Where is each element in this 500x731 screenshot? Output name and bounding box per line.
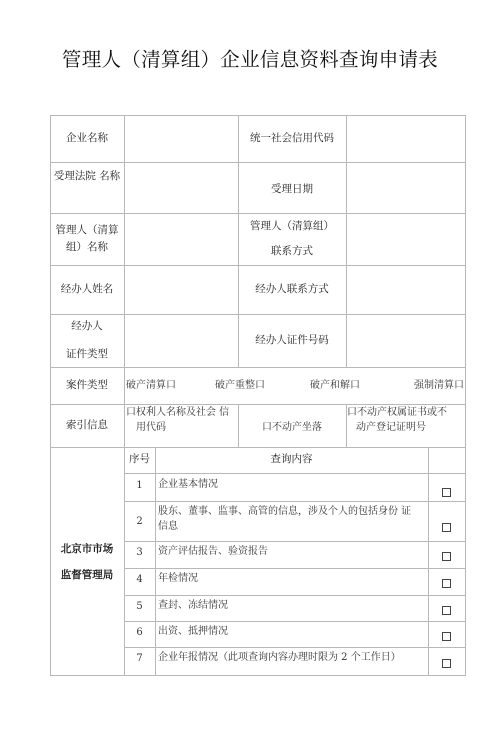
checkbox-icon[interactable] (442, 523, 451, 532)
query-item-seq: 1 (124, 473, 155, 501)
table-border-right (465, 115, 466, 676)
query-item-content: 企业基本情况 (155, 473, 428, 501)
query-item-seq: 7 (124, 647, 155, 675)
accept-date-field[interactable] (346, 162, 465, 213)
administrator-contact-field[interactable] (346, 213, 465, 265)
query-item-content: 股东、董事、监事、高管的信息，涉及个人的包括身份 证 信息 (155, 501, 428, 541)
enterprise-name-label: 企业名称 (50, 115, 124, 162)
administrator-contact-label: 管理人（清算组） 联系方式 (238, 213, 346, 265)
query-header-content: 查询内容 (155, 447, 428, 473)
agent-id-type-field[interactable] (124, 314, 238, 367)
content-text: 企业基本情况 (158, 478, 218, 491)
query-item-seq: 6 (124, 621, 155, 647)
label-text: 组）名称 (66, 239, 108, 256)
checkbox-icon[interactable] (442, 659, 451, 668)
query-item-content: 出资、抵押情况 (155, 621, 428, 647)
index-option-property-location[interactable]: 口不动产坐落 (238, 404, 346, 447)
index-info-label: 索引信息 (50, 404, 124, 447)
label-text: 经办人 (71, 313, 103, 340)
agent-name-field[interactable] (124, 265, 238, 314)
accept-date-label: 受理日期 (238, 162, 346, 213)
enterprise-name-field[interactable] (124, 115, 238, 162)
option-label: 破产和解口 (310, 379, 360, 392)
agent-id-number-field[interactable] (346, 314, 465, 367)
agent-id-type-label: 经办人 证件类型 (50, 314, 124, 367)
checkbox-icon[interactable] (442, 606, 451, 615)
content-text: 企业年报情况（此项查询内容办理时限为 2 个工作日） (158, 651, 401, 664)
option-label: 动产登记证明号 (347, 421, 426, 436)
option-label: 破产清算口 (126, 379, 176, 392)
query-item-seq: 3 (124, 541, 155, 568)
administrator-name-field[interactable] (124, 213, 238, 265)
table-border-bottom (50, 675, 465, 676)
query-item-content: 年检情况 (155, 568, 428, 595)
seq-text: 4 (136, 573, 142, 586)
content-text: 资产评估报告、验资报告 (158, 545, 268, 558)
court-name-field[interactable] (124, 162, 238, 213)
administrator-name-label: 管理人（清算 组）名称 (50, 213, 124, 265)
content-text: 年检情况 (158, 572, 198, 585)
query-item-checkbox[interactable] (428, 501, 465, 541)
form-title: 管理人（清算组）企业信息资料查询申请表 (0, 44, 500, 72)
checkbox-icon[interactable] (442, 552, 451, 561)
seq-text: 1 (136, 479, 142, 492)
agent-id-number-label: 经办人证件号码 (238, 314, 346, 367)
label-text: 北京市市场 (61, 536, 114, 562)
label-text: 监督管理局 (61, 562, 114, 588)
credit-code-label: 统一社会信用代码 (238, 115, 346, 162)
query-authority-label: 北京市市场 监督管理局 (50, 537, 124, 587)
seq-text: 6 (136, 626, 142, 639)
query-header-seq: 序号 (124, 447, 155, 473)
agent-name-label: 经办人姓名 (50, 265, 124, 314)
case-type-option-forced-liquidation[interactable]: 强制清算口 (398, 367, 464, 404)
label-text: 受理日期 (271, 183, 313, 197)
option-label: 用代码 (126, 421, 166, 436)
seq-text: 7 (136, 652, 142, 665)
query-item-content: 资产评估报告、验资报告 (155, 541, 428, 568)
query-item-checkbox[interactable] (428, 621, 465, 647)
label-text: 受理法院 名称 (54, 170, 120, 184)
content-text: 信息 (158, 520, 178, 535)
case-type-label: 案件类型 (50, 367, 124, 404)
index-option-rights-holder[interactable]: 口权利人名称及社会 信 用代码 (124, 404, 238, 447)
option-label: 口权利人名称及社会 信 (126, 406, 229, 421)
query-item-content: 企业年报情况（此项查询内容办理时限为 2 个工作日） (155, 647, 428, 675)
seq-text: 2 (136, 515, 142, 528)
content-text: 出资、抵押情况 (158, 625, 228, 638)
label-text: 统一社会信用代码 (250, 132, 334, 146)
label-text: 企业名称 (66, 132, 108, 146)
label-text: 索引信息 (66, 419, 108, 433)
header-text: 查询内容 (271, 453, 313, 467)
case-type-option-liquidation[interactable]: 破产清算口 (124, 367, 186, 404)
agent-contact-field[interactable] (346, 265, 465, 314)
checkbox-icon[interactable] (442, 488, 451, 497)
header-text: 序号 (129, 453, 150, 467)
label-text: 证件类型 (66, 341, 108, 368)
label-text: 经办人姓名 (61, 283, 114, 297)
agent-contact-label: 经办人联系方式 (238, 265, 346, 314)
credit-code-field[interactable] (346, 115, 465, 162)
label-text: 管理人（清算组） (250, 214, 334, 239)
query-item-seq: 5 (124, 595, 155, 621)
option-label: 口不动产权属证书或不 (347, 406, 447, 421)
query-header-check (428, 447, 465, 473)
option-label: 强制清算口 (414, 379, 464, 392)
query-item-seq: 2 (124, 501, 155, 541)
query-item-seq: 4 (124, 568, 155, 595)
court-name-label: 受理法院 名称 (50, 162, 124, 213)
query-item-content: 查封、冻结情况 (155, 595, 428, 621)
content-text: 股东、董事、监事、高管的信息，涉及个人的包括身份 证 (158, 505, 411, 520)
label-text: 经办人证件号码 (255, 334, 329, 348)
case-type-option-reorganization[interactable]: 破产重整口 (215, 367, 285, 404)
seq-text: 3 (136, 546, 142, 559)
query-item-checkbox[interactable] (428, 568, 465, 595)
index-option-property-certificate[interactable]: 口不动产权属证书或不 动产登记证明号 (346, 404, 465, 447)
query-item-checkbox[interactable] (428, 647, 465, 675)
query-item-checkbox[interactable] (428, 541, 465, 568)
option-label: 口不动产坐落 (262, 421, 322, 434)
option-label: 破产重整口 (215, 379, 265, 392)
label-text: 管理人（清算 (56, 222, 119, 239)
seq-text: 5 (136, 600, 142, 613)
checkbox-icon[interactable] (442, 632, 451, 641)
query-item-checkbox[interactable] (428, 473, 465, 501)
label-text: 联系方式 (271, 239, 313, 264)
query-item-checkbox[interactable] (428, 595, 465, 621)
label-text: 经办人联系方式 (255, 283, 329, 297)
label-text: 案件类型 (66, 379, 108, 393)
case-type-option-settlement[interactable]: 破产和解口 (310, 367, 380, 404)
content-text: 查封、冻结情况 (158, 599, 228, 612)
checkbox-icon[interactable] (442, 579, 451, 588)
